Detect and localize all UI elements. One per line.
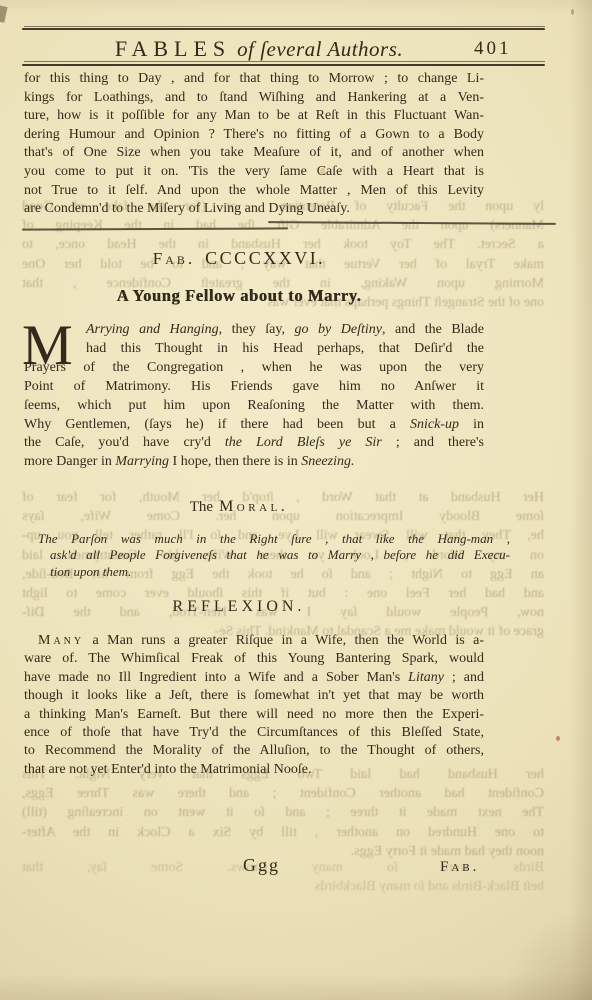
text-line: more Danger in Marrying I hope, then the… xyxy=(24,453,484,472)
text-line: are Condemn'd to the Miſery of Living an… xyxy=(24,200,484,219)
opening-paragraph: for this thing to Day , and for that thi… xyxy=(24,70,484,219)
fable-number: CCCCXXVI. xyxy=(205,248,325,268)
text-line: to Recommend the Morality of the Alluſio… xyxy=(24,742,484,760)
text-line: kings for Loathings, and to ſtand Wiſhin… xyxy=(24,89,484,108)
text-line: that are not yet Enter'd into the Matrim… xyxy=(24,761,484,779)
bleedthrough-band: her Husband had laid Two Eggs that very … xyxy=(22,765,544,861)
text-line: Prayers of the Congregation , when he wa… xyxy=(24,359,484,378)
moral-text: The Parſon was much in the Right ſure , … xyxy=(38,531,510,580)
running-header-title: FABLES xyxy=(115,36,231,61)
text-line: for this thing to Day , and for that thi… xyxy=(24,70,484,89)
text-line: ence of thoſe that have Try'd the Circum… xyxy=(24,724,484,742)
text-line: the Caſe, you'd have cry'd the Lord Bleſ… xyxy=(24,434,484,453)
text-line: ware of. The Whimſical Freak of this You… xyxy=(24,650,484,668)
reflexion-text: Many a Man runs a greater Riſque in a Wi… xyxy=(24,632,484,779)
moral-heading-the: The xyxy=(190,499,213,515)
text-line: not True to it ſelf. And upon the whole … xyxy=(24,182,484,201)
reflexion-heading: REFLEXION. xyxy=(24,598,454,616)
text-line: have made no Ill Ingredient into a Wife … xyxy=(24,669,484,687)
text-line: ſeems, which put him upon Reaſoning the … xyxy=(24,397,484,416)
header-rule xyxy=(22,64,545,66)
signature-mark: Ggg xyxy=(243,855,280,876)
text-line: ture, how is it poſſible for any Man to … xyxy=(24,107,484,126)
book-page: ly upon the Faculty of Retention , or (f… xyxy=(0,0,592,1000)
bleedthrough-line: Confident had another Confident ; and th… xyxy=(22,784,544,803)
scan-edge-mark xyxy=(0,5,8,23)
text-line: Arrying and Hanging, they ſay, go by Deſ… xyxy=(24,321,484,340)
fable-number-heading: Fab.CCCCXXVI. xyxy=(24,248,454,269)
top-rule-thin xyxy=(24,26,545,27)
moral-heading: TheMoral. xyxy=(24,498,454,516)
running-header-subtitle: of ſeveral Authors. xyxy=(237,37,403,61)
catchword: Fab. xyxy=(440,859,479,876)
fable-body: Arrying and Hanging, they ſay, go by Deſ… xyxy=(24,321,484,472)
moral-heading-word: Moral. xyxy=(219,498,288,515)
bleedthrough-line: Manners) upon the Admirable Gift ſhe had… xyxy=(22,216,544,235)
fable-number-prefix: Fab. xyxy=(153,249,195,268)
text-line: dering Humour and Opinion ? There's no f… xyxy=(24,126,484,145)
text-line: tion upon them. xyxy=(38,564,510,580)
bleedthrough-line: beſt Black-Birds and ſo many Blackbirds xyxy=(22,877,544,896)
paper-speck xyxy=(571,9,574,15)
text-line: a thinking Man's Earneſt. But there will… xyxy=(24,706,484,724)
paper-speck xyxy=(556,736,560,741)
section-divider-right xyxy=(268,221,556,225)
paper-speck xyxy=(320,168,325,174)
fable-title: A Young Fellow about to Marry. xyxy=(24,286,454,306)
top-rule xyxy=(22,28,545,30)
text-line: that's of One Size when you take Meaſure… xyxy=(24,144,484,163)
text-line: The Parſon was much in the Right ſure , … xyxy=(38,531,510,547)
text-line: ask'd all People Forgiveneſs that he was… xyxy=(38,547,510,563)
section-divider-left xyxy=(22,227,288,230)
text-line: had this Thought in his Head perhaps, th… xyxy=(24,340,484,359)
text-line: though it looks like a Jeſt, there is ſo… xyxy=(24,687,484,705)
running-header: FABLESof ſeveral Authors. xyxy=(24,36,494,62)
bleedthrough-line: to one Hundred on another , till by Six … xyxy=(22,823,544,842)
page-number: 401 xyxy=(474,38,512,60)
bleedthrough-line: The next made it three ; and ſo it went … xyxy=(22,803,544,822)
text-line: Point of Matrimony. His Friends gave him… xyxy=(24,378,484,397)
text-line: you come to put it on. 'Tis the very ſam… xyxy=(24,163,484,182)
text-line: Why Gentlemen, (ſays he) if there had be… xyxy=(24,416,484,435)
text-line: Many a Man runs a greater Riſque in a Wi… xyxy=(24,632,484,650)
